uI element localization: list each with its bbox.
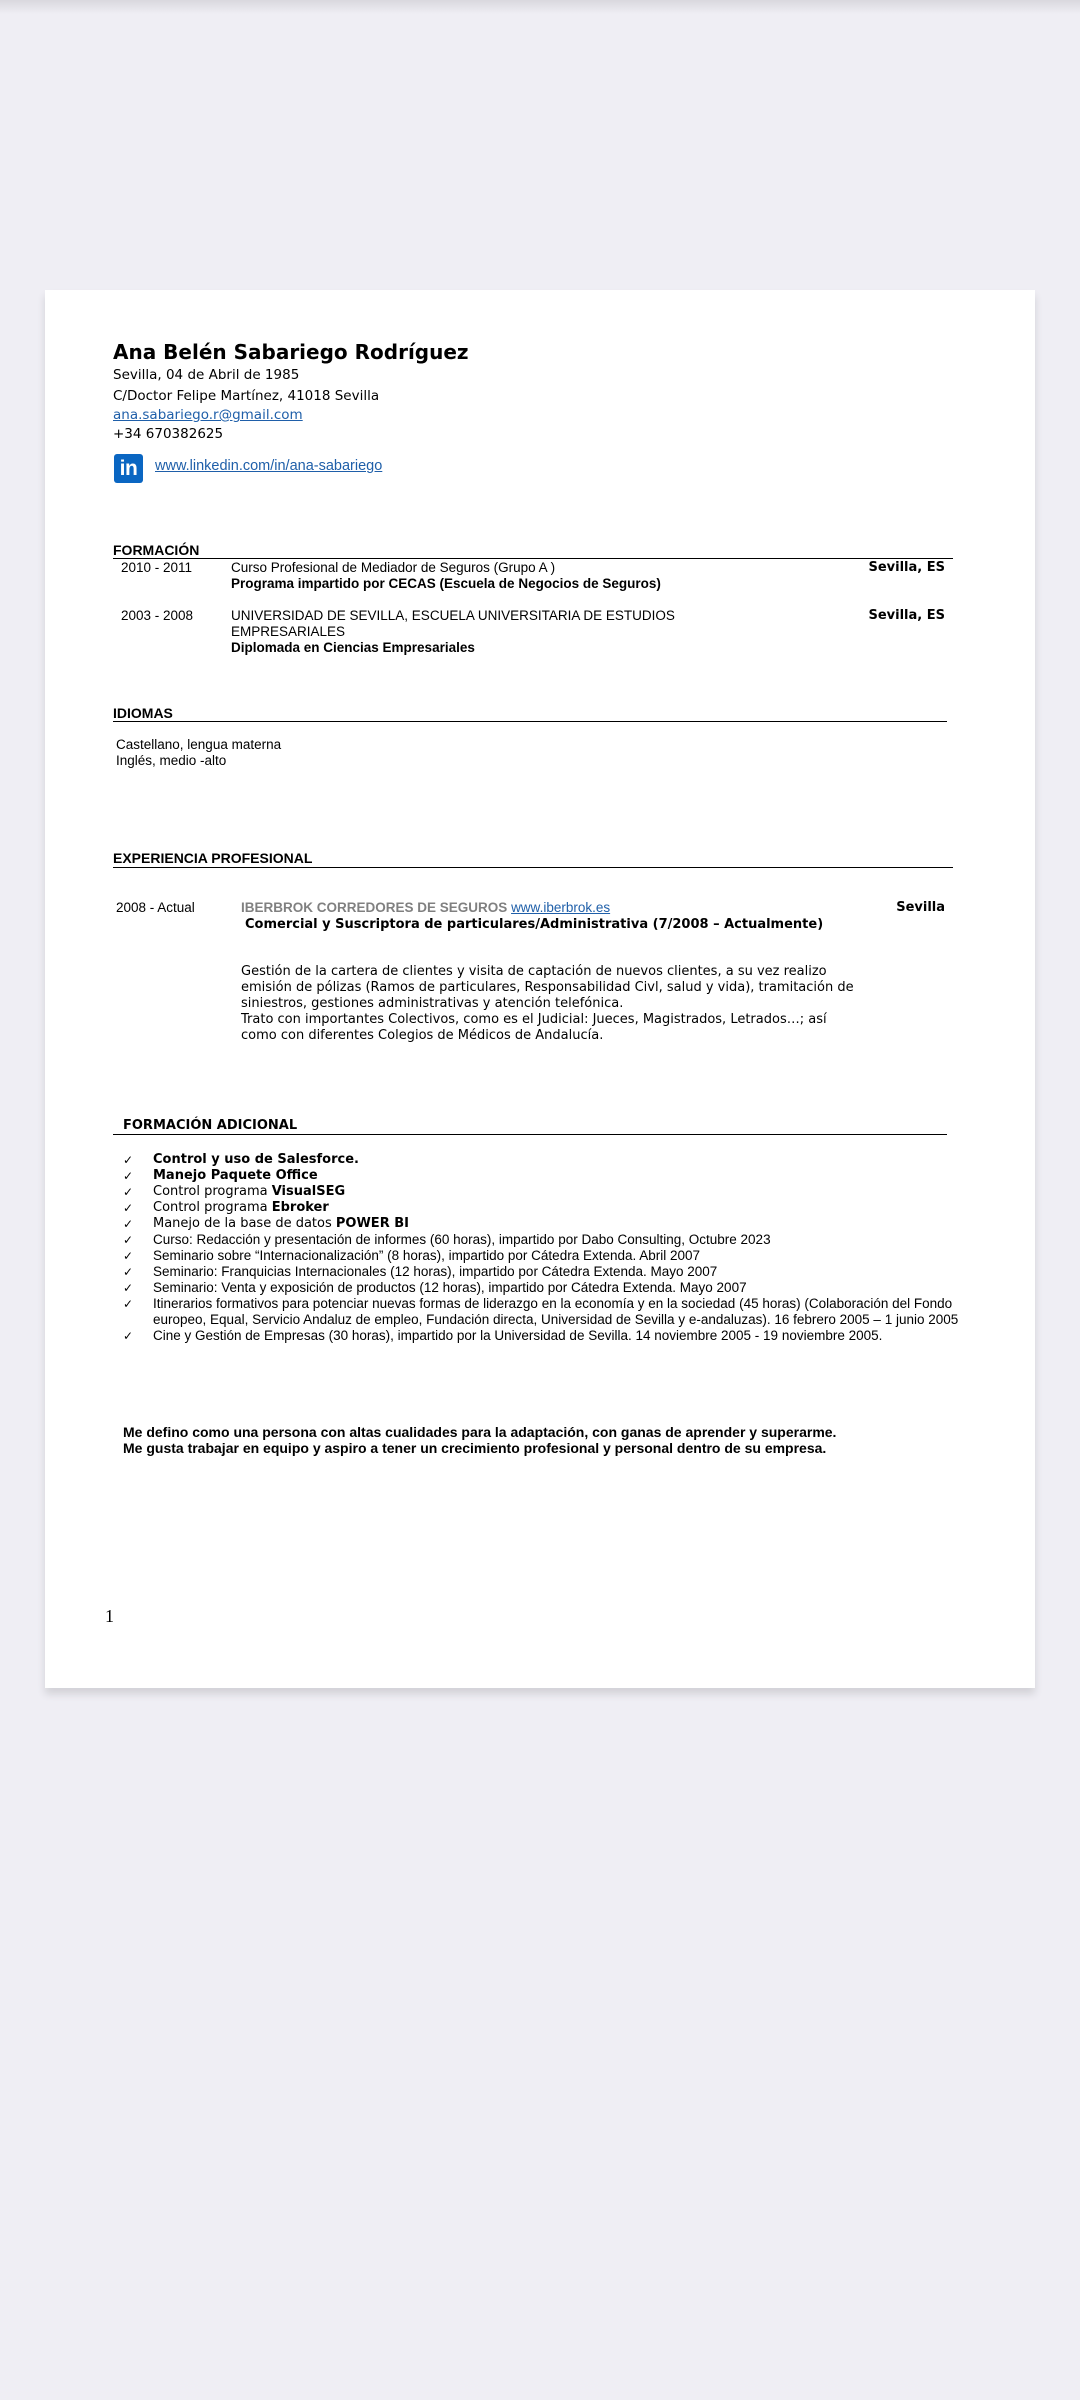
check-icon: ✓ xyxy=(123,1152,133,1168)
check-icon: ✓ xyxy=(123,1248,133,1264)
list-item: ✓Manejo Paquete Office xyxy=(123,1168,983,1184)
education-detail: Programa impartido por CECAS (Escuela de… xyxy=(231,576,661,591)
company-website-link[interactable]: www.iberbrok.es xyxy=(511,900,610,915)
list-item: ✓Control programa Ebroker xyxy=(123,1200,983,1216)
linkedin-link[interactable]: www.linkedin.com/in/ana-sabariego xyxy=(155,458,382,474)
check-icon: ✓ xyxy=(123,1296,133,1312)
list-item: ✓Seminario: Venta y exposición de produc… xyxy=(123,1280,983,1296)
page-number: 1 xyxy=(105,1606,114,1627)
list-item: ✓Control programa VisualSEG xyxy=(123,1184,983,1200)
experience-dates: 2008 - Actual xyxy=(116,900,195,915)
list-item: ✓Seminario sobre “Internacionalización” … xyxy=(123,1248,983,1264)
list-item: ✓Control y uso de Salesforce. xyxy=(123,1152,983,1168)
email-link[interactable]: ana.sabariego.r@gmail.com xyxy=(113,407,303,423)
document-page: Ana Belén Sabariego Rodríguez Sevilla, 0… xyxy=(45,290,1035,1688)
language-item: Inglés, medio -alto xyxy=(116,753,226,768)
section-title-experiencia: EXPERIENCIA PROFESIONAL xyxy=(113,850,312,866)
experience-location: Sevilla xyxy=(896,900,945,915)
check-icon: ✓ xyxy=(123,1168,133,1184)
company-name: IBERBROK CORREDORES DE SEGUROS xyxy=(241,900,507,915)
check-icon: ✓ xyxy=(123,1232,133,1248)
list-item: ✓Itinerarios formativos para potenciar n… xyxy=(123,1296,983,1328)
check-icon: ✓ xyxy=(123,1216,133,1232)
candidate-name: Ana Belén Sabariego Rodríguez xyxy=(113,340,469,364)
education-institution: UNIVERSIDAD DE SEVILLA, ESCUELA UNIVERSI… xyxy=(231,608,721,640)
address: C/Doctor Felipe Martínez, 41018 Sevilla xyxy=(113,388,379,404)
job-title: Comercial y Suscriptora de particulares/… xyxy=(245,917,823,932)
section-divider xyxy=(113,558,953,559)
section-divider xyxy=(113,1134,947,1135)
check-icon: ✓ xyxy=(123,1184,133,1200)
section-title-formacion: FORMACIÓN xyxy=(113,542,199,558)
education-location: Sevilla, ES xyxy=(868,608,945,623)
check-icon: ✓ xyxy=(123,1328,133,1344)
check-icon: ✓ xyxy=(123,1264,133,1280)
phone: +34 670382625 xyxy=(113,426,223,442)
list-item: ✓Curso: Redacción y presentación de info… xyxy=(123,1232,983,1248)
language-item: Castellano, lengua materna xyxy=(116,737,281,752)
section-title-formacion-adicional: FORMACIÓN ADICIONAL xyxy=(123,1118,297,1133)
section-divider xyxy=(113,867,953,868)
check-icon: ✓ xyxy=(123,1280,133,1296)
list-item: ✓Seminario: Franquicias Internacionales … xyxy=(123,1264,983,1280)
additional-training-list: ✓Control y uso de Salesforce. ✓Manejo Pa… xyxy=(123,1152,983,1344)
section-divider xyxy=(113,721,947,722)
education-dates: 2010 - 2011 xyxy=(121,560,192,575)
list-item: ✓Manejo de la base de datos POWER BI xyxy=(123,1216,983,1232)
education-course: Curso Profesional de Mediador de Seguros… xyxy=(231,560,555,575)
check-icon: ✓ xyxy=(123,1200,133,1216)
education-dates: 2003 - 2008 xyxy=(121,608,193,623)
linkedin-icon[interactable]: in xyxy=(114,454,143,483)
closing-statement: Me defino como una persona con altas cua… xyxy=(123,1424,836,1456)
education-location: Sevilla, ES xyxy=(868,560,945,575)
job-description: Gestión de la cartera de clientes y visi… xyxy=(241,964,861,1012)
education-degree: Diplomada en Ciencias Empresariales xyxy=(231,640,475,655)
job-description: Trato con importantes Colectivos, como e… xyxy=(241,1012,861,1044)
section-title-idiomas: IDIOMAS xyxy=(113,705,173,721)
birth-info: Sevilla, 04 de Abril de 1985 xyxy=(113,367,299,383)
top-shadow xyxy=(0,0,1080,14)
list-item: ✓Cine y Gestión de Empresas (30 horas), … xyxy=(123,1328,983,1344)
